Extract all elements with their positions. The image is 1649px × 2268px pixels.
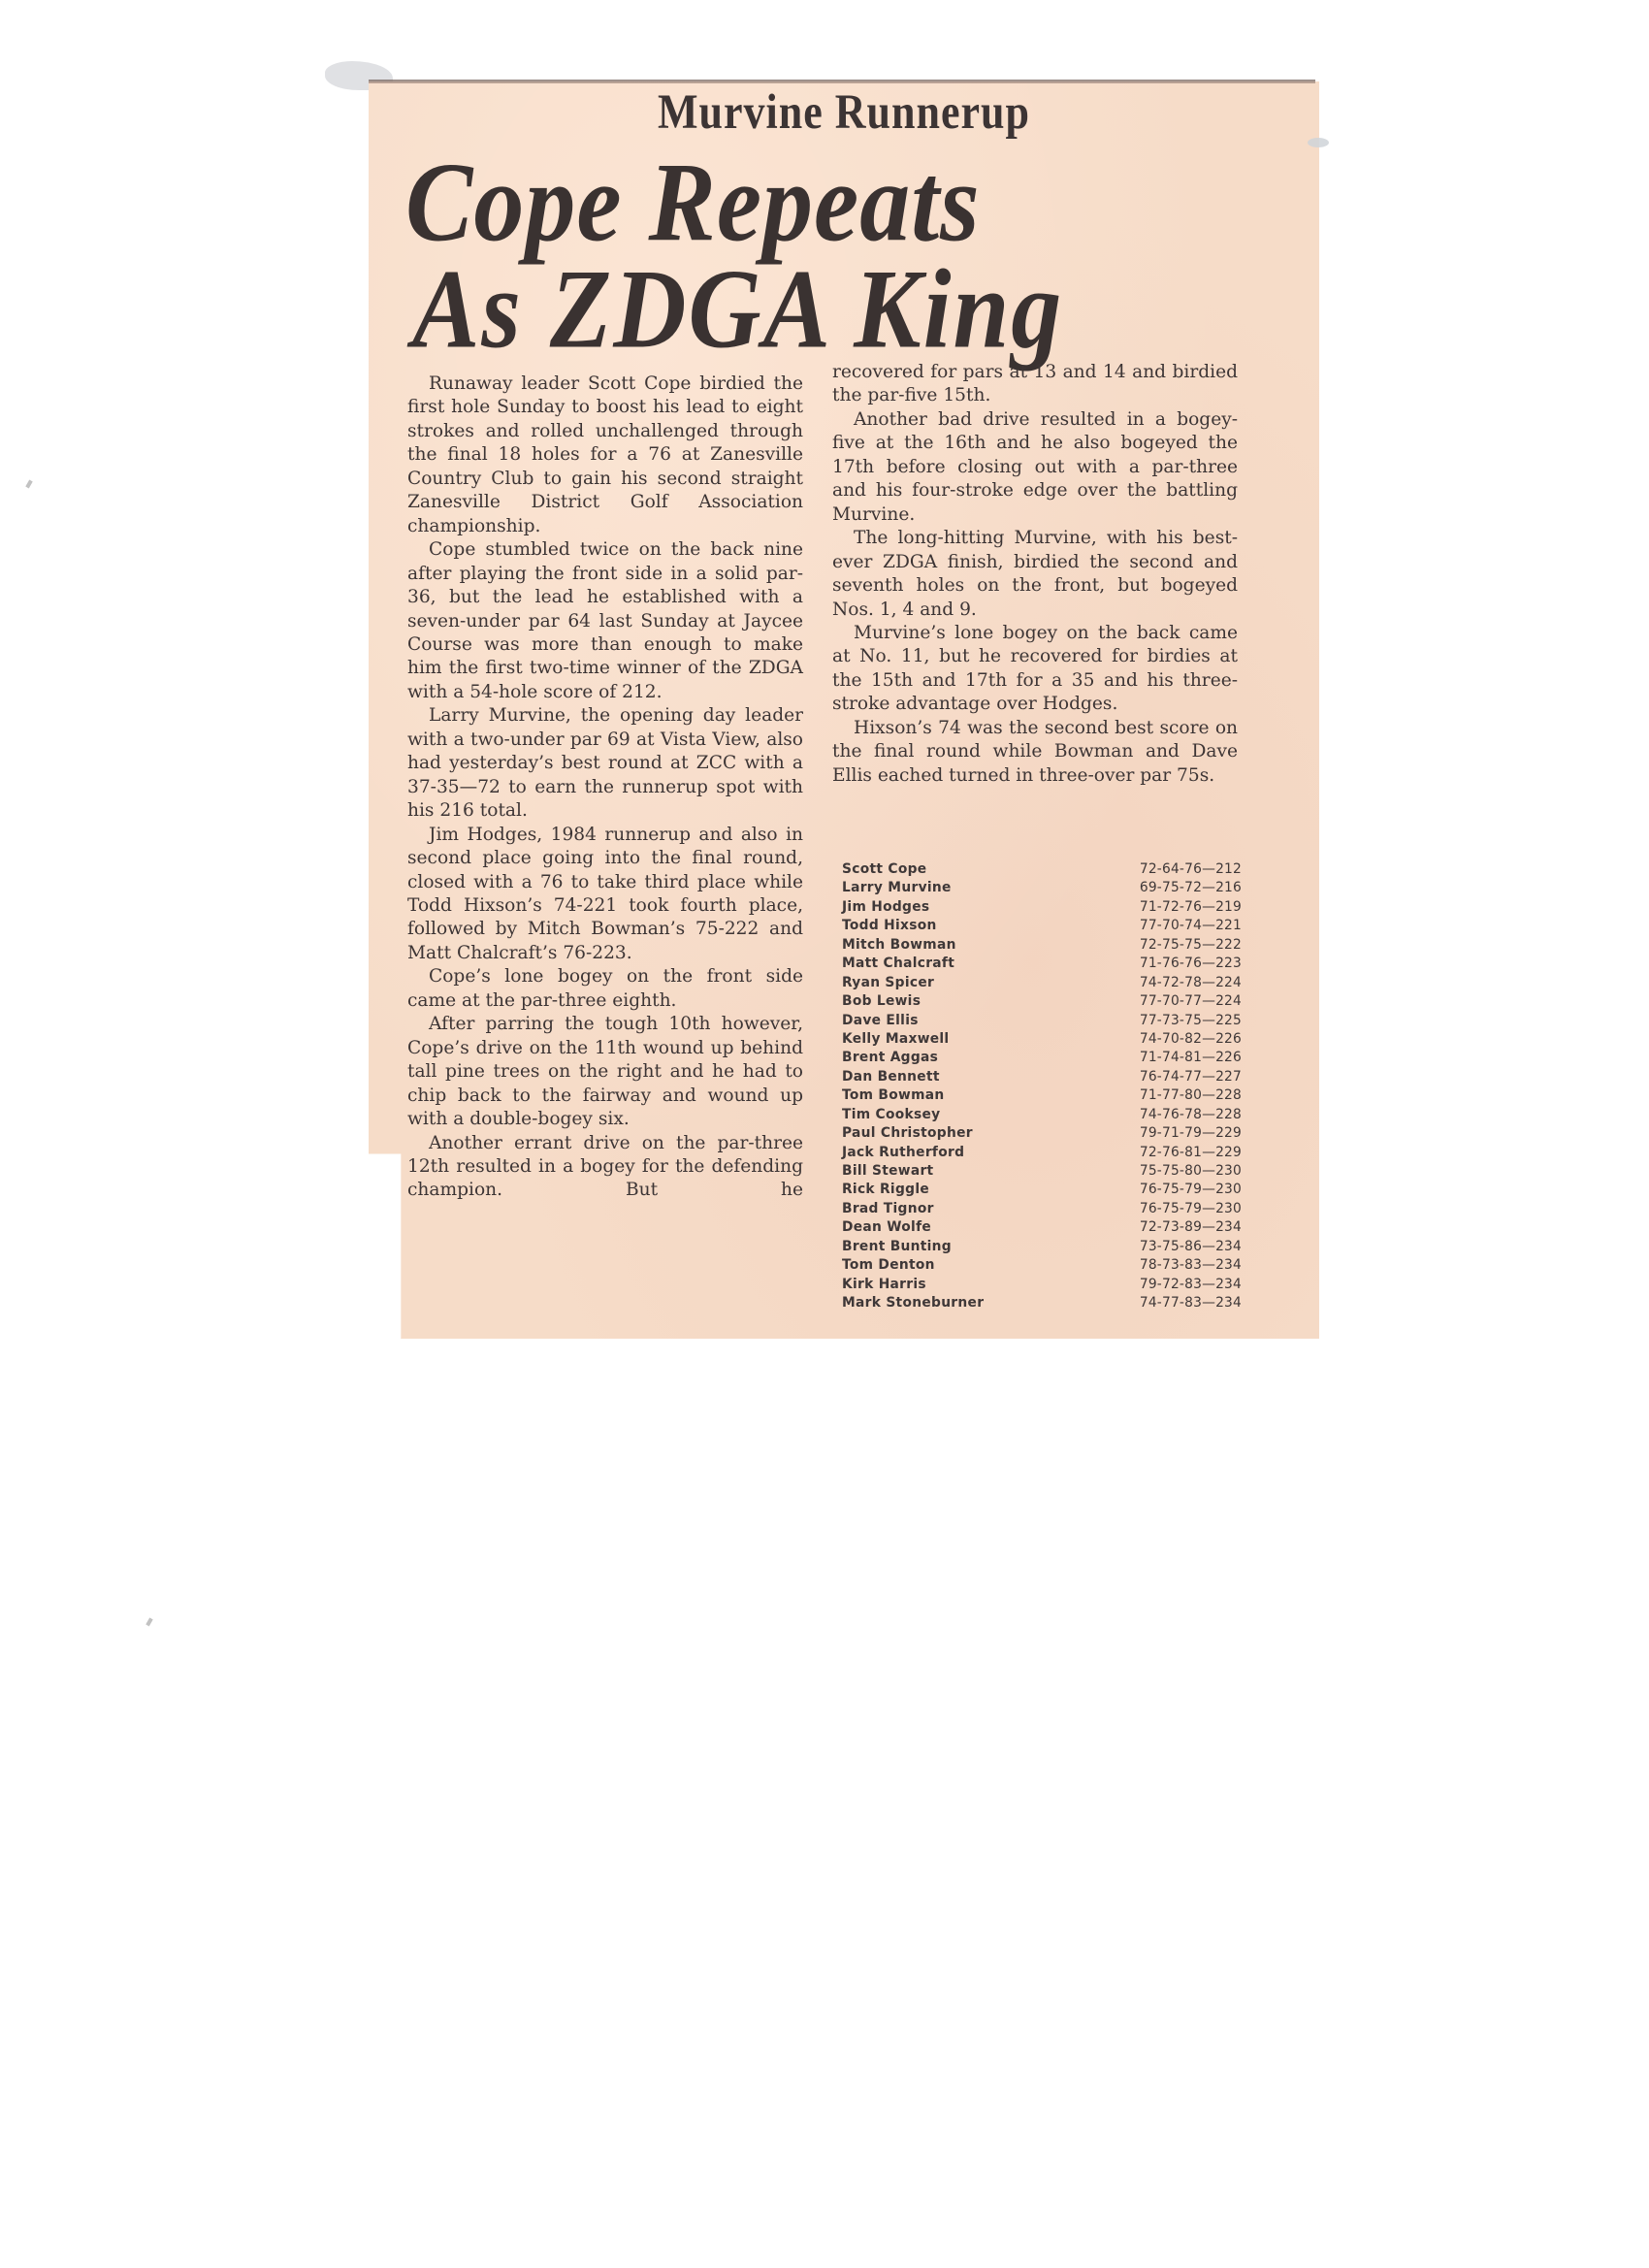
score-row: Rick Riggle76-75-79—230 [842,1181,1247,1199]
player-score: 74-72-78—224 [1140,974,1247,992]
player-score: 71-76-76—223 [1140,955,1247,973]
player-name: Paul Christopher [842,1124,973,1143]
score-row: Brent Aggas71-74-81—226 [842,1049,1247,1067]
player-score: 73-75-86—234 [1140,1238,1247,1256]
player-score: 78-73-83—234 [1140,1256,1247,1275]
paragraph: Jim Hodges, 1984 runnerup and also in se… [407,824,803,966]
player-score: 72-76-81—229 [1140,1144,1247,1162]
player-score: 71-74-81—226 [1140,1049,1247,1067]
paragraph-continuation: recovered for pars at 13 and 14 and bird… [832,361,1238,408]
article-column-left: Runaway leader Scott Cope birdied the fi… [407,373,803,1203]
paragraph: Another bad drive resulted in a bogey-fi… [832,408,1238,527]
player-name: Bob Lewis [842,992,921,1011]
score-row: Tim Cooksey74-76-78—228 [842,1106,1247,1124]
player-score: 77-70-77—224 [1140,992,1247,1011]
player-name: Kelly Maxwell [842,1030,949,1049]
score-row: Bob Lewis77-70-77—224 [842,992,1247,1011]
player-name: Kirk Harris [842,1276,926,1294]
player-name: Bill Stewart [842,1162,933,1181]
score-row: Mitch Bowman72-75-75—222 [842,936,1247,955]
paragraph: Another errant drive on the par-three 12… [407,1132,803,1203]
player-score: 72-73-89—234 [1140,1218,1247,1237]
player-name: Larry Murvine [842,879,952,897]
paragraph: Cope’s lone bogey on the front side came… [407,965,803,1013]
scores-table: Scott Cope72-64-76—212Larry Murvine69-75… [842,860,1247,1313]
player-name: Matt Chalcraft [842,955,954,973]
player-score: 72-64-76—212 [1140,860,1247,879]
player-score: 71-77-80—228 [1140,1086,1247,1105]
score-row: Kirk Harris79-72-83—234 [842,1276,1247,1294]
score-row: Dean Wolfe72-73-89—234 [842,1218,1247,1237]
player-score: 74-76-78—228 [1140,1106,1247,1124]
player-score: 72-75-75—222 [1140,936,1247,955]
paragraph: Runaway leader Scott Cope birdied the fi… [407,373,803,538]
score-row: Ryan Spicer74-72-78—224 [842,974,1247,992]
paragraph: After parring the tough 10th however, Co… [407,1013,803,1131]
player-name: Mark Stoneburner [842,1294,984,1312]
score-row: Kelly Maxwell74-70-82—226 [842,1030,1247,1049]
score-row: Brent Bunting73-75-86—234 [842,1238,1247,1256]
headline-line-2: As ZDGA King [412,244,1063,373]
player-score: 74-70-82—226 [1140,1030,1247,1049]
player-score: 76-74-77—227 [1140,1068,1247,1086]
player-name: Todd Hixson [842,917,937,935]
stray-mark [145,1618,152,1627]
score-row: Mark Stoneburner74-77-83—234 [842,1294,1247,1312]
player-name: Tim Cooksey [842,1106,940,1124]
paragraph: Hixson’s 74 was the second best score on… [832,717,1238,788]
player-name: Mitch Bowman [842,936,956,955]
score-row: Scott Cope72-64-76—212 [842,860,1247,879]
paragraph: The long-hitting Murvine, with his best-… [832,527,1238,622]
player-score: 75-75-80—230 [1140,1162,1247,1181]
player-name: Brent Aggas [842,1049,938,1067]
score-row: Dave Ellis77-73-75—225 [842,1012,1247,1030]
player-name: Brent Bunting [842,1238,952,1256]
kicker-headline: Murvine Runnerup [369,83,1319,141]
player-score: 76-75-79—230 [1140,1200,1247,1218]
paragraph: Larry Murvine, the opening day leader wi… [407,704,803,823]
player-score: 77-70-74—221 [1140,917,1247,935]
score-row: Bill Stewart75-75-80—230 [842,1162,1247,1181]
score-row: Tom Denton78-73-83—234 [842,1256,1247,1275]
score-row: Larry Murvine69-75-72—216 [842,879,1247,897]
player-name: Dan Bennett [842,1068,940,1086]
player-score: 79-72-83—234 [1140,1276,1247,1294]
player-name: Ryan Spicer [842,974,934,992]
player-name: Tom Denton [842,1256,935,1275]
player-name: Scott Cope [842,860,926,879]
player-name: Dave Ellis [842,1012,919,1030]
player-name: Dean Wolfe [842,1218,931,1237]
player-name: Jim Hodges [842,898,929,917]
player-name: Rick Riggle [842,1181,929,1199]
score-row: Dan Bennett76-74-77—227 [842,1068,1247,1086]
score-row: Jim Hodges71-72-76—219 [842,898,1247,917]
paragraph: Murvine’s lone bogey on the back came at… [832,622,1238,717]
score-row: Tom Bowman71-77-80—228 [842,1086,1247,1105]
score-row: Todd Hixson77-70-74—221 [842,917,1247,935]
paragraph: Cope stumbled twice on the back nine aft… [407,538,803,704]
player-name: Brad Tignor [842,1200,934,1218]
score-row: Matt Chalcraft71-76-76—223 [842,955,1247,973]
score-row: Brad Tignor76-75-79—230 [842,1200,1247,1218]
stray-mark [25,480,32,489]
score-row: Jack Rutherford72-76-81—229 [842,1144,1247,1162]
player-name: Jack Rutherford [842,1144,964,1162]
article-column-right: recovered for pars at 13 and 14 and bird… [832,361,1238,788]
score-row: Paul Christopher79-71-79—229 [842,1124,1247,1143]
player-score: 71-72-76—219 [1140,898,1247,917]
player-name: Tom Bowman [842,1086,945,1105]
player-score: 76-75-79—230 [1140,1181,1247,1199]
player-score: 77-73-75—225 [1140,1012,1247,1030]
player-score: 79-71-79—229 [1140,1124,1247,1143]
player-score: 69-75-72—216 [1140,879,1247,897]
player-score: 74-77-83—234 [1140,1294,1247,1312]
